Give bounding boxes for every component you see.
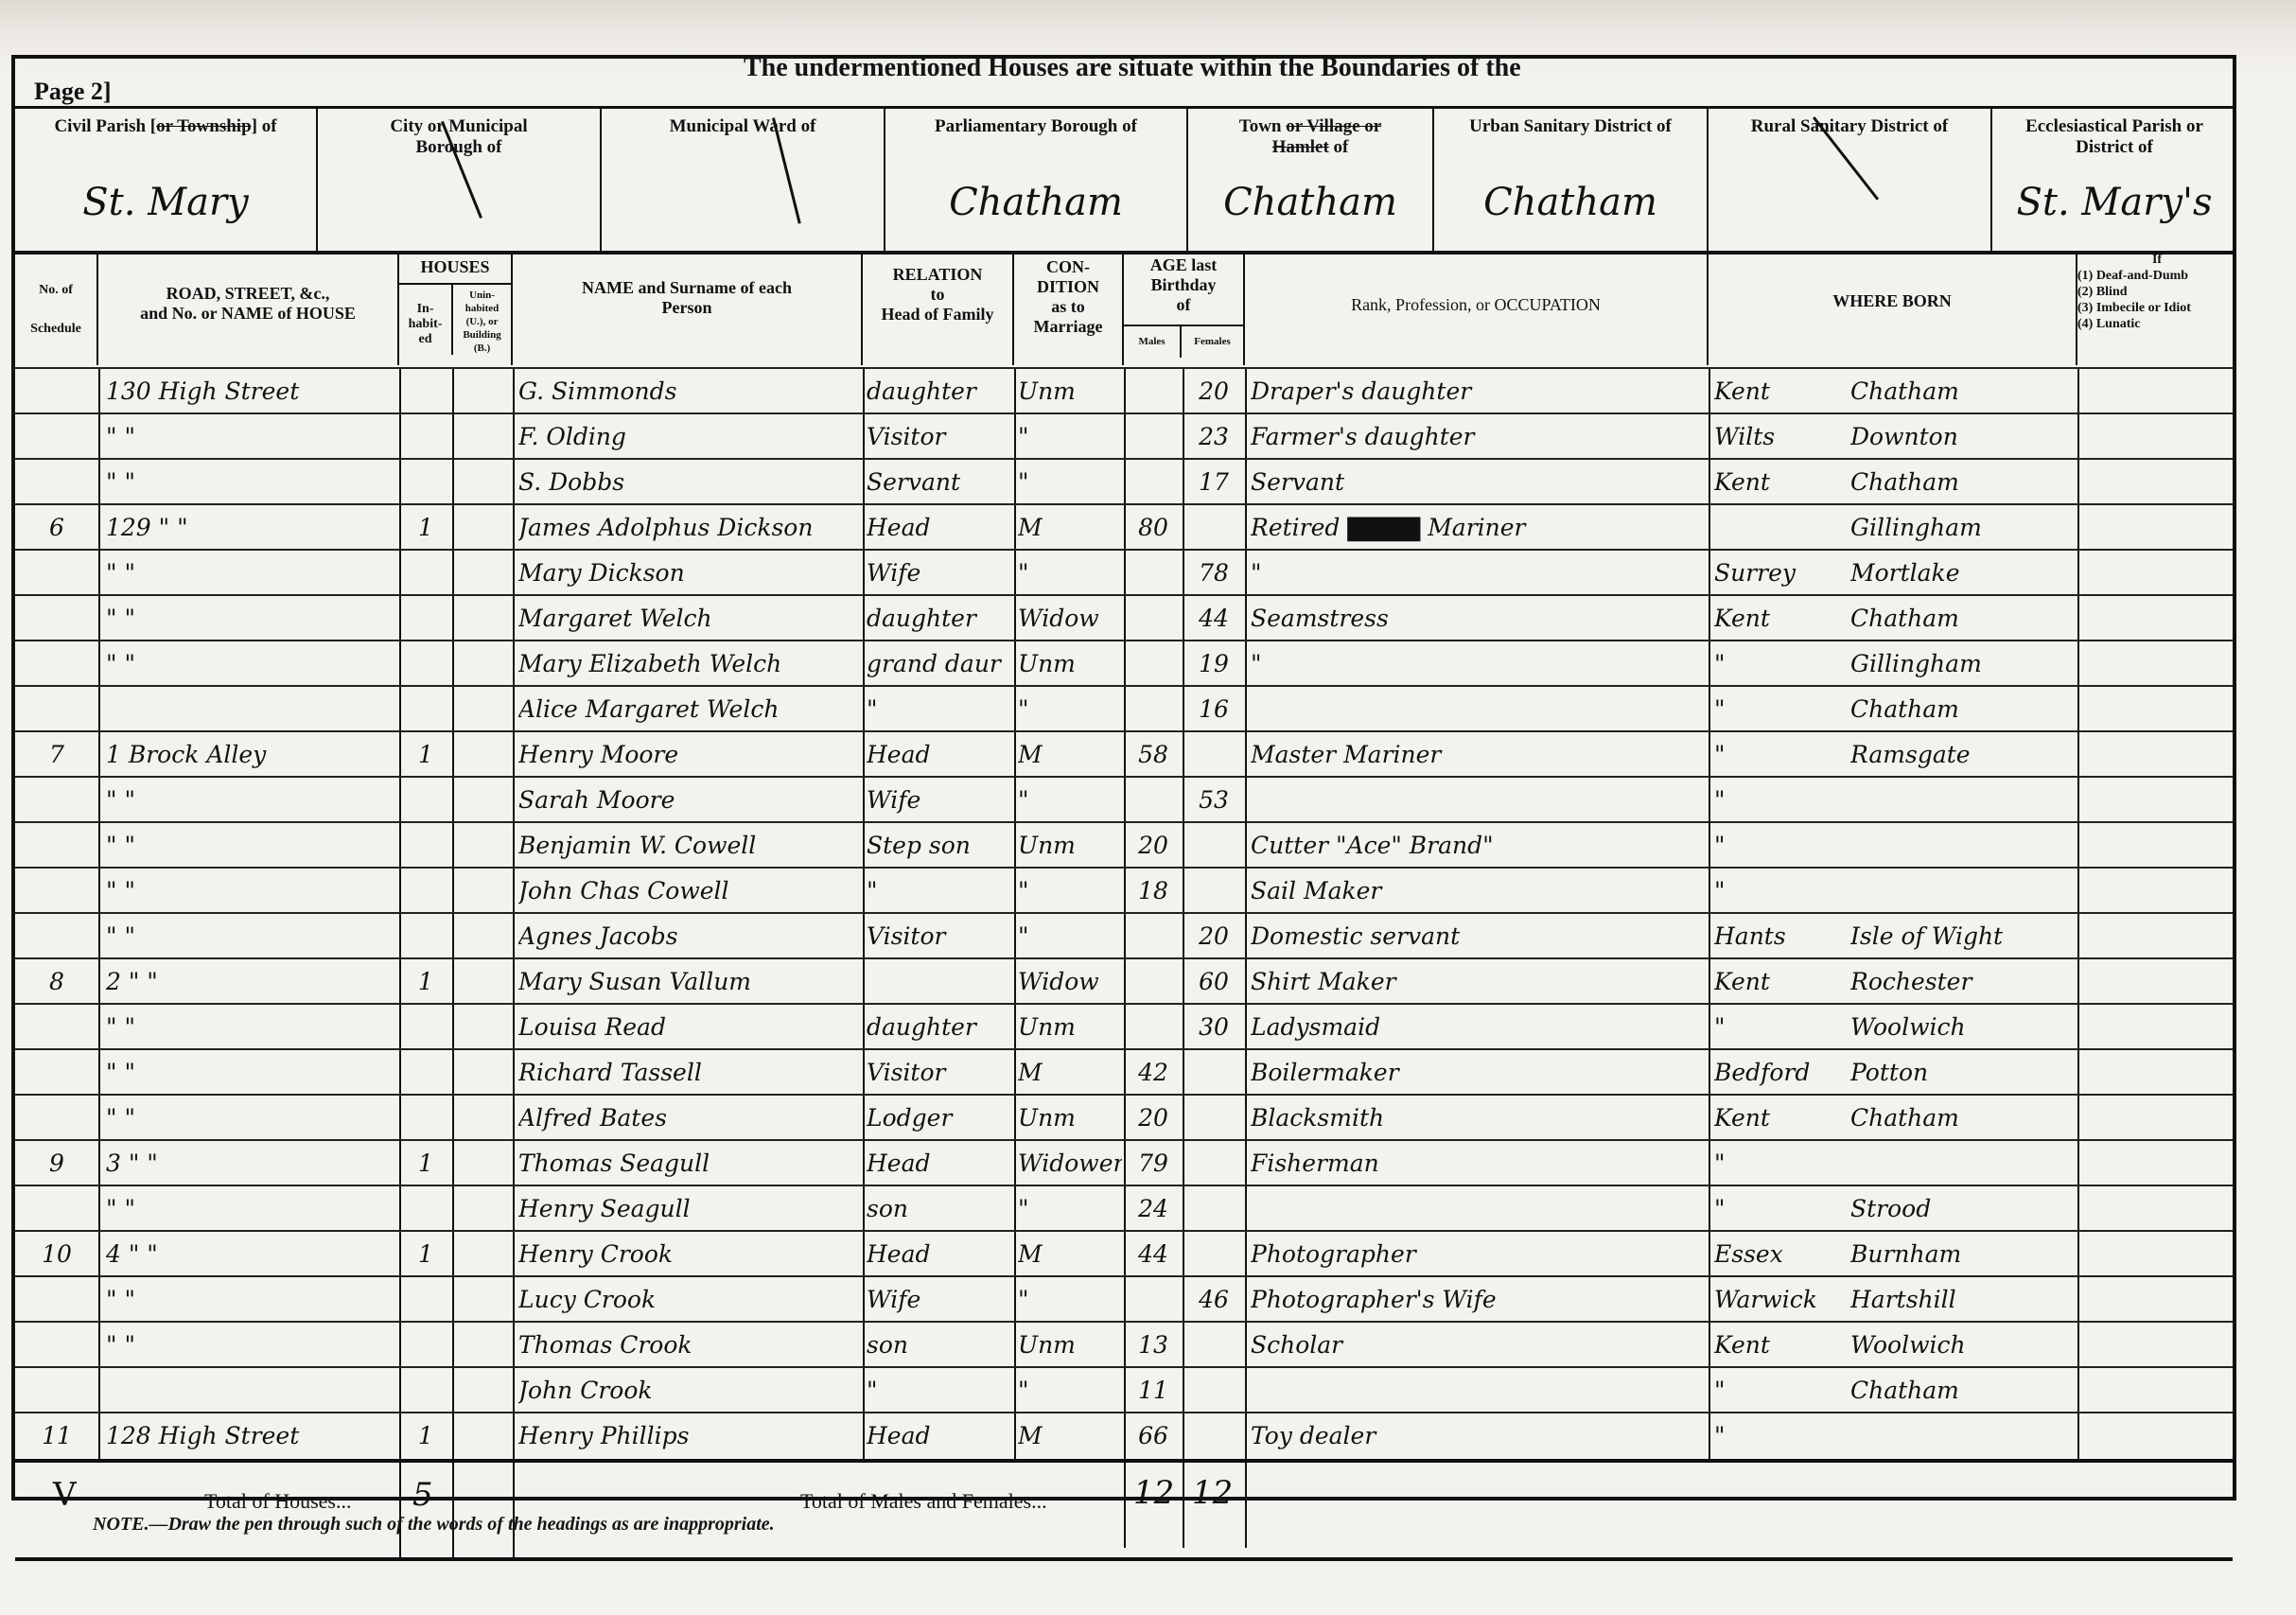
road-address: 3 " "	[106, 1143, 395, 1185]
birth-county: Wilts	[1714, 416, 1847, 458]
birth-place: Gillingham	[1850, 507, 2076, 549]
census-sheet: Page 2] The undermentioned Houses are si…	[11, 55, 2236, 1501]
inhabited-count: 1	[399, 961, 452, 1003]
person-name: Alfred Bates	[518, 1097, 861, 1139]
boundary-parliamentary-borough: Parliamentary Borough of Chatham	[885, 109, 1188, 251]
relation-to-head: son	[867, 1325, 1012, 1366]
age-female: 23	[1184, 416, 1243, 458]
urban-sanitary-value: Chatham	[1434, 181, 1707, 224]
inhabited-count	[399, 689, 452, 730]
road-address: 2 " "	[106, 961, 395, 1003]
inhabited-count	[399, 916, 452, 957]
relation-to-head: Head	[867, 507, 1012, 549]
occupation: Fisherman	[1251, 1143, 1707, 1185]
occupation: Domestic servant	[1251, 916, 1707, 957]
marital-condition: M	[1018, 1415, 1122, 1457]
table-row: 130 High StreetG. SimmondsdaughterUnm20D…	[15, 367, 2233, 413]
marital-condition: Widow	[1018, 598, 1122, 640]
relation-to-head: "	[867, 870, 1012, 912]
schedule-number	[19, 416, 95, 458]
inhabited-count	[399, 825, 452, 867]
birth-county: Kent	[1714, 1097, 1847, 1139]
birth-county: "	[1714, 643, 1847, 685]
table-row: " "Alfred BatesLodgerUnm20BlacksmithKent…	[15, 1094, 2233, 1139]
marital-condition: "	[1018, 1188, 1122, 1230]
boundary-urban-sanitary: Urban Sanitary District of Chatham	[1434, 109, 1709, 251]
age-female: 30	[1184, 1007, 1243, 1048]
total-persons-label: Total of Males and Females...	[800, 1489, 1047, 1514]
occupation: Ladysmaid	[1251, 1007, 1707, 1048]
marital-condition: M	[1018, 507, 1122, 549]
relation-to-head: Visitor	[867, 416, 1012, 458]
boundary-rural-sanitary: Rural Sanitary District of	[1709, 109, 1992, 251]
boundary-banner: The undermentioned Houses are situate wi…	[744, 53, 1521, 83]
birth-place: Woolwich	[1850, 1325, 2076, 1366]
occupation: Master Mariner	[1251, 734, 1707, 776]
marital-condition: M	[1018, 1052, 1122, 1094]
age-male: 11	[1126, 1370, 1181, 1412]
birth-place: Burnham	[1850, 1234, 2076, 1275]
marital-condition: "	[1018, 1370, 1122, 1412]
col-condition: CON- DITION as to Marriage	[1014, 252, 1124, 365]
birth-place: Strood	[1850, 1188, 2076, 1230]
birth-county	[1714, 507, 1847, 549]
page-number: Page 2]	[34, 78, 112, 106]
birth-county: Hants	[1714, 916, 1847, 957]
inhabited-count	[399, 371, 452, 413]
person-name: Thomas Crook	[518, 1325, 861, 1366]
table-row: " "Thomas CrooksonUnm13ScholarKentWoolwi…	[15, 1321, 2233, 1366]
boundary-header-row: Civil Parish [or Township] of St. Mary C…	[15, 106, 2233, 255]
road-address	[106, 689, 395, 730]
marital-condition: Unm	[1018, 1325, 1122, 1366]
birth-place: Rochester	[1850, 961, 2076, 1003]
table-row: " "Mary Elizabeth Welchgrand daurUnm19""…	[15, 640, 2233, 685]
birth-place: Woolwich	[1850, 1007, 2076, 1048]
occupation: "	[1251, 553, 1707, 594]
totals-row: V Total of Houses... 5 Total of Males an…	[15, 1459, 2233, 1504]
relation-to-head: Wife	[867, 1279, 1012, 1321]
table-row: 71 Brock Alley1Henry MooreHeadM58Master …	[15, 730, 2233, 776]
relation-to-head: Head	[867, 1234, 1012, 1275]
birth-place: Potton	[1850, 1052, 2076, 1094]
table-row: " "Benjamin W. CowellStep sonUnm20Cutter…	[15, 821, 2233, 867]
inhabited-count: 1	[399, 1143, 452, 1185]
schedule-number: 7	[19, 734, 95, 776]
person-name: Mary Susan Vallum	[518, 961, 861, 1003]
occupation: Shirt Maker	[1251, 961, 1707, 1003]
age-female	[1184, 507, 1243, 549]
relation-to-head	[867, 961, 1012, 1003]
table-row: 82 " "1Mary Susan VallumWidow60Shirt Mak…	[15, 957, 2233, 1003]
table-row: " "S. DobbsServant"17ServantKentChatham	[15, 458, 2233, 503]
relation-to-head: daughter	[867, 598, 1012, 640]
age-male: 66	[1126, 1415, 1181, 1457]
boundary-municipal-ward: Municipal Ward of	[602, 109, 885, 251]
occupation: Seamstress	[1251, 598, 1707, 640]
birth-county: Kent	[1714, 598, 1847, 640]
occupation: Toy dealer	[1251, 1415, 1707, 1457]
birth-place: Mortlake	[1850, 553, 2076, 594]
table-row: " "John Chas Cowell""18Sail Maker"	[15, 867, 2233, 912]
person-name: Henry Seagull	[518, 1188, 861, 1230]
road-address: 128 High Street	[106, 1415, 395, 1457]
birth-county: Kent	[1714, 961, 1847, 1003]
age-male	[1126, 643, 1181, 685]
person-name: Henry Phillips	[518, 1415, 861, 1457]
marital-condition: "	[1018, 553, 1122, 594]
occupation	[1251, 689, 1707, 730]
schedule-number	[19, 1279, 95, 1321]
birth-place: Chatham	[1850, 1097, 2076, 1139]
col-name: NAME and Surname of each Person	[513, 252, 863, 365]
birth-place	[1850, 870, 2076, 912]
person-name: Benjamin W. Cowell	[518, 825, 861, 867]
birth-place: Ramsgate	[1850, 734, 2076, 776]
age-female	[1184, 1370, 1243, 1412]
relation-to-head: "	[867, 1370, 1012, 1412]
road-address	[106, 1370, 395, 1412]
age-male: 20	[1126, 825, 1181, 867]
birth-place	[1850, 1143, 2076, 1185]
inhabited-count: 1	[399, 734, 452, 776]
birth-county: Kent	[1714, 371, 1847, 413]
birth-place: Downton	[1850, 416, 2076, 458]
road-address: " "	[106, 870, 395, 912]
inhabited-count	[399, 462, 452, 503]
col-schedule: No. of Schedule	[15, 252, 98, 365]
col-infirmity: If (1) Deaf-and-Dumb (2) Blind (3) Imbec…	[2077, 252, 2236, 365]
road-address: " "	[106, 1188, 395, 1230]
schedule-number	[19, 598, 95, 640]
person-name: Mary Elizabeth Welch	[518, 643, 861, 685]
road-address: 4 " "	[106, 1234, 395, 1275]
table-row: " "Margaret WelchdaughterWidow44Seamstre…	[15, 594, 2233, 640]
birth-county: "	[1714, 1143, 1847, 1185]
age-male	[1126, 1279, 1181, 1321]
person-name: Henry Moore	[518, 734, 861, 776]
age-male	[1126, 1007, 1181, 1048]
occupation: "	[1251, 643, 1707, 685]
person-name: Thomas Seagull	[518, 1143, 861, 1185]
inhabited-count: 1	[399, 507, 452, 549]
birth-place: Hartshill	[1850, 1279, 2076, 1321]
table-row: Alice Margaret Welch""16"Chatham	[15, 685, 2233, 730]
col-females: Females	[1182, 326, 1243, 358]
age-male	[1126, 462, 1181, 503]
age-male	[1126, 780, 1181, 821]
inhabited-count	[399, 416, 452, 458]
age-female	[1184, 1325, 1243, 1366]
person-name: F. Olding	[518, 416, 861, 458]
table-row: " "Louisa ReaddaughterUnm30Ladysmaid"Woo…	[15, 1003, 2233, 1048]
schedule-number	[19, 780, 95, 821]
birth-place: Chatham	[1850, 462, 2076, 503]
marital-condition: "	[1018, 870, 1122, 912]
birth-place	[1850, 1415, 2076, 1457]
relation-to-head: Wife	[867, 553, 1012, 594]
schedule-number	[19, 916, 95, 957]
person-name: John Crook	[518, 1370, 861, 1412]
boundary-ecclesiastical: Ecclesiastical Parish or District of St.…	[1992, 109, 2236, 251]
birth-county: Bedford	[1714, 1052, 1847, 1094]
age-female	[1184, 734, 1243, 776]
marital-condition: M	[1018, 734, 1122, 776]
birth-county: Warwick	[1714, 1279, 1847, 1321]
inhabited-count: 1	[399, 1234, 452, 1275]
road-address: " "	[106, 780, 395, 821]
table-row: 104 " "1Henry CrookHeadM44PhotographerEs…	[15, 1230, 2233, 1275]
inhabited-count	[399, 1325, 452, 1366]
col-road: ROAD, STREET, &c., and No. or NAME of HO…	[98, 252, 399, 365]
person-name: Agnes Jacobs	[518, 916, 861, 957]
relation-to-head: Servant	[867, 462, 1012, 503]
col-where-born: WHERE BORN	[1709, 252, 2077, 365]
age-male	[1126, 598, 1181, 640]
age-male	[1126, 371, 1181, 413]
age-male: 20	[1126, 1097, 1181, 1139]
birth-county: "	[1714, 870, 1847, 912]
age-male: 24	[1126, 1188, 1181, 1230]
marital-condition: "	[1018, 462, 1122, 503]
relation-to-head: "	[867, 689, 1012, 730]
schedule-number	[19, 462, 95, 503]
col-inhabited: In- habit- ed	[399, 285, 453, 355]
col-houses: HOUSES In- habit- ed Unin- habited (U.),…	[399, 252, 513, 365]
relation-to-head: Head	[867, 1143, 1012, 1185]
inhabited-count	[399, 643, 452, 685]
marital-condition: "	[1018, 1279, 1122, 1321]
marital-condition: Unm	[1018, 1007, 1122, 1048]
birth-county: "	[1714, 689, 1847, 730]
birth-place: Chatham	[1850, 371, 2076, 413]
age-female: 16	[1184, 689, 1243, 730]
occupation	[1251, 780, 1707, 821]
age-female	[1184, 1143, 1243, 1185]
table-row: " "Richard TassellVisitorM42BoilermakerB…	[15, 1048, 2233, 1094]
table-row: " "Henry Seagullson"24"Strood	[15, 1185, 2233, 1230]
road-address: " "	[106, 416, 395, 458]
birth-place: Chatham	[1850, 1370, 2076, 1412]
occupation	[1251, 1370, 1707, 1412]
person-name: Alice Margaret Welch	[518, 689, 861, 730]
table-row: 6129 " "1James Adolphus DicksonHeadM80Re…	[15, 503, 2233, 549]
schedule-number	[19, 825, 95, 867]
occupation: Sail Maker	[1251, 870, 1707, 912]
person-name: Lucy Crook	[518, 1279, 861, 1321]
occupation: Servant	[1251, 462, 1707, 503]
road-address: " "	[106, 1007, 395, 1048]
person-name: G. Simmonds	[518, 371, 861, 413]
schedule-number	[19, 643, 95, 685]
total-houses-value: 5	[412, 1476, 433, 1514]
road-address: 129 " "	[106, 507, 395, 549]
schedule-number	[19, 1007, 95, 1048]
relation-to-head: grand daur	[867, 643, 1012, 685]
occupation: Photographer	[1251, 1234, 1707, 1275]
town-value: Chatham	[1188, 181, 1432, 224]
marital-condition: "	[1018, 916, 1122, 957]
age-female: 20	[1184, 916, 1243, 957]
birth-place: Isle of Wight	[1850, 916, 2076, 957]
ecclesiastical-value: St. Mary's	[1992, 181, 2236, 224]
marital-condition: Widower	[1018, 1143, 1122, 1185]
age-female	[1184, 825, 1243, 867]
person-name: John Chas Cowell	[518, 870, 861, 912]
birth-place: Chatham	[1850, 598, 2076, 640]
road-address: " "	[106, 462, 395, 503]
relation-to-head: Head	[867, 1415, 1012, 1457]
table-row: " "Sarah MooreWife"53"	[15, 776, 2233, 821]
marital-condition: Unm	[1018, 371, 1122, 413]
birth-place: Chatham	[1850, 689, 2076, 730]
col-age: AGE last Birthday of Males Females	[1124, 252, 1245, 365]
schedule-number: 6	[19, 507, 95, 549]
table-row: " "F. OldingVisitor"23Farmer's daughterW…	[15, 413, 2233, 458]
census-entries: 130 High StreetG. SimmondsdaughterUnm20D…	[15, 367, 2233, 1459]
age-female: 44	[1184, 598, 1243, 640]
birth-place: Gillingham	[1850, 643, 2076, 685]
road-address: " "	[106, 643, 395, 685]
birth-county: "	[1714, 780, 1847, 821]
age-female: 20	[1184, 371, 1243, 413]
age-female: 53	[1184, 780, 1243, 821]
relation-to-head: daughter	[867, 371, 1012, 413]
boundary-town: Town or Village or Hamlet of Chatham	[1188, 109, 1434, 251]
col-relation: RELATION to Head of Family	[863, 252, 1014, 365]
age-male	[1126, 553, 1181, 594]
inhabited-count	[399, 1370, 452, 1412]
age-male: 13	[1126, 1325, 1181, 1366]
boundary-municipal-borough: City or Municipal Borough of	[318, 109, 602, 251]
inhabited-count	[399, 1097, 452, 1139]
road-address: " "	[106, 825, 395, 867]
road-address: " "	[106, 1279, 395, 1321]
birth-county: "	[1714, 1370, 1847, 1412]
relation-to-head: Visitor	[867, 1052, 1012, 1094]
age-male	[1126, 961, 1181, 1003]
occupation: Boilermaker	[1251, 1052, 1707, 1094]
person-name: Margaret Welch	[518, 598, 861, 640]
relation-to-head: Wife	[867, 780, 1012, 821]
age-female: 78	[1184, 553, 1243, 594]
civil-parish-value: St. Mary	[15, 181, 316, 224]
person-name: Henry Crook	[518, 1234, 861, 1275]
inhabited-count	[399, 1007, 452, 1048]
age-female: 17	[1184, 462, 1243, 503]
schedule-number	[19, 1325, 95, 1366]
checked-tick: V	[53, 1476, 77, 1514]
road-address: " "	[106, 598, 395, 640]
marital-condition: M	[1018, 1234, 1122, 1275]
table-row: 93 " "1Thomas SeagullHeadWidower79Fisher…	[15, 1139, 2233, 1185]
age-female	[1184, 1415, 1243, 1457]
schedule-number: 11	[19, 1415, 95, 1457]
age-female	[1184, 870, 1243, 912]
birth-county: "	[1714, 734, 1847, 776]
schedule-number: 10	[19, 1234, 95, 1275]
table-row: " "Mary DicksonWife"78"SurreyMortlake	[15, 549, 2233, 594]
inhabited-count	[399, 1188, 452, 1230]
occupation: Scholar	[1251, 1325, 1707, 1366]
total-females-value: 12	[1192, 1474, 1233, 1512]
road-address: " "	[106, 1325, 395, 1366]
road-address: " "	[106, 1097, 395, 1139]
schedule-number	[19, 689, 95, 730]
inhabited-count	[399, 1279, 452, 1321]
age-female	[1184, 1234, 1243, 1275]
inhabited-count	[399, 1052, 452, 1094]
road-address: " "	[106, 916, 395, 957]
birth-county: Kent	[1714, 462, 1847, 503]
age-female: 46	[1184, 1279, 1243, 1321]
person-name: S. Dobbs	[518, 462, 861, 503]
person-name: Sarah Moore	[518, 780, 861, 821]
occupation: Photographer's Wife	[1251, 1279, 1707, 1321]
age-female	[1184, 1188, 1243, 1230]
marital-condition: Unm	[1018, 643, 1122, 685]
birth-place	[1850, 780, 2076, 821]
birth-county: Essex	[1714, 1234, 1847, 1275]
marital-condition: "	[1018, 689, 1122, 730]
occupation: Cutter "Ace" Brand"	[1251, 825, 1707, 867]
age-male	[1126, 916, 1181, 957]
occupation: Draper's daughter	[1251, 371, 1707, 413]
boundary-civil-parish: Civil Parish [or Township] of St. Mary	[15, 109, 318, 251]
road-address: 1 Brock Alley	[106, 734, 395, 776]
table-row: " "Agnes JacobsVisitor"20Domestic servan…	[15, 912, 2233, 957]
birth-place	[1850, 825, 2076, 867]
age-male	[1126, 416, 1181, 458]
relation-to-head: daughter	[867, 1007, 1012, 1048]
marital-condition: "	[1018, 416, 1122, 458]
road-address: " "	[106, 553, 395, 594]
road-address: " "	[106, 1052, 395, 1094]
relation-to-head: Head	[867, 734, 1012, 776]
footer-note: NOTE.—Draw the pen through such of the w…	[93, 1514, 775, 1536]
person-name: James Adolphus Dickson	[518, 507, 861, 549]
occupation: Retired ▇▇▇▇ Mariner	[1251, 507, 1707, 549]
age-male: 58	[1126, 734, 1181, 776]
schedule-number: 9	[19, 1143, 95, 1185]
person-name: Mary Dickson	[518, 553, 861, 594]
marital-condition: Unm	[1018, 825, 1122, 867]
schedule-number	[19, 1052, 95, 1094]
marital-condition: Unm	[1018, 1097, 1122, 1139]
col-uninhabited: Unin- habited (U.), or Building (B.)	[453, 285, 511, 355]
age-female: 19	[1184, 643, 1243, 685]
relation-to-head: Lodger	[867, 1097, 1012, 1139]
inhabited-count	[399, 870, 452, 912]
age-male: 44	[1126, 1234, 1181, 1275]
total-males-value: 12	[1133, 1474, 1174, 1512]
age-male: 42	[1126, 1052, 1181, 1094]
table-row: 11128 High Street1Henry PhillipsHeadM66T…	[15, 1412, 2233, 1457]
birth-county: "	[1714, 1007, 1847, 1048]
age-male	[1126, 689, 1181, 730]
parliamentary-borough-value: Chatham	[885, 181, 1186, 224]
inhabited-count	[399, 780, 452, 821]
relation-to-head: son	[867, 1188, 1012, 1230]
relation-to-head: Visitor	[867, 916, 1012, 957]
col-occupation: Rank, Profession, or OCCUPATION	[1245, 252, 1709, 365]
birth-county: Kent	[1714, 1325, 1847, 1366]
birth-county: "	[1714, 1415, 1847, 1457]
schedule-number	[19, 371, 95, 413]
birth-county: "	[1714, 1188, 1847, 1230]
age-female	[1184, 1097, 1243, 1139]
schedule-number	[19, 1370, 95, 1412]
